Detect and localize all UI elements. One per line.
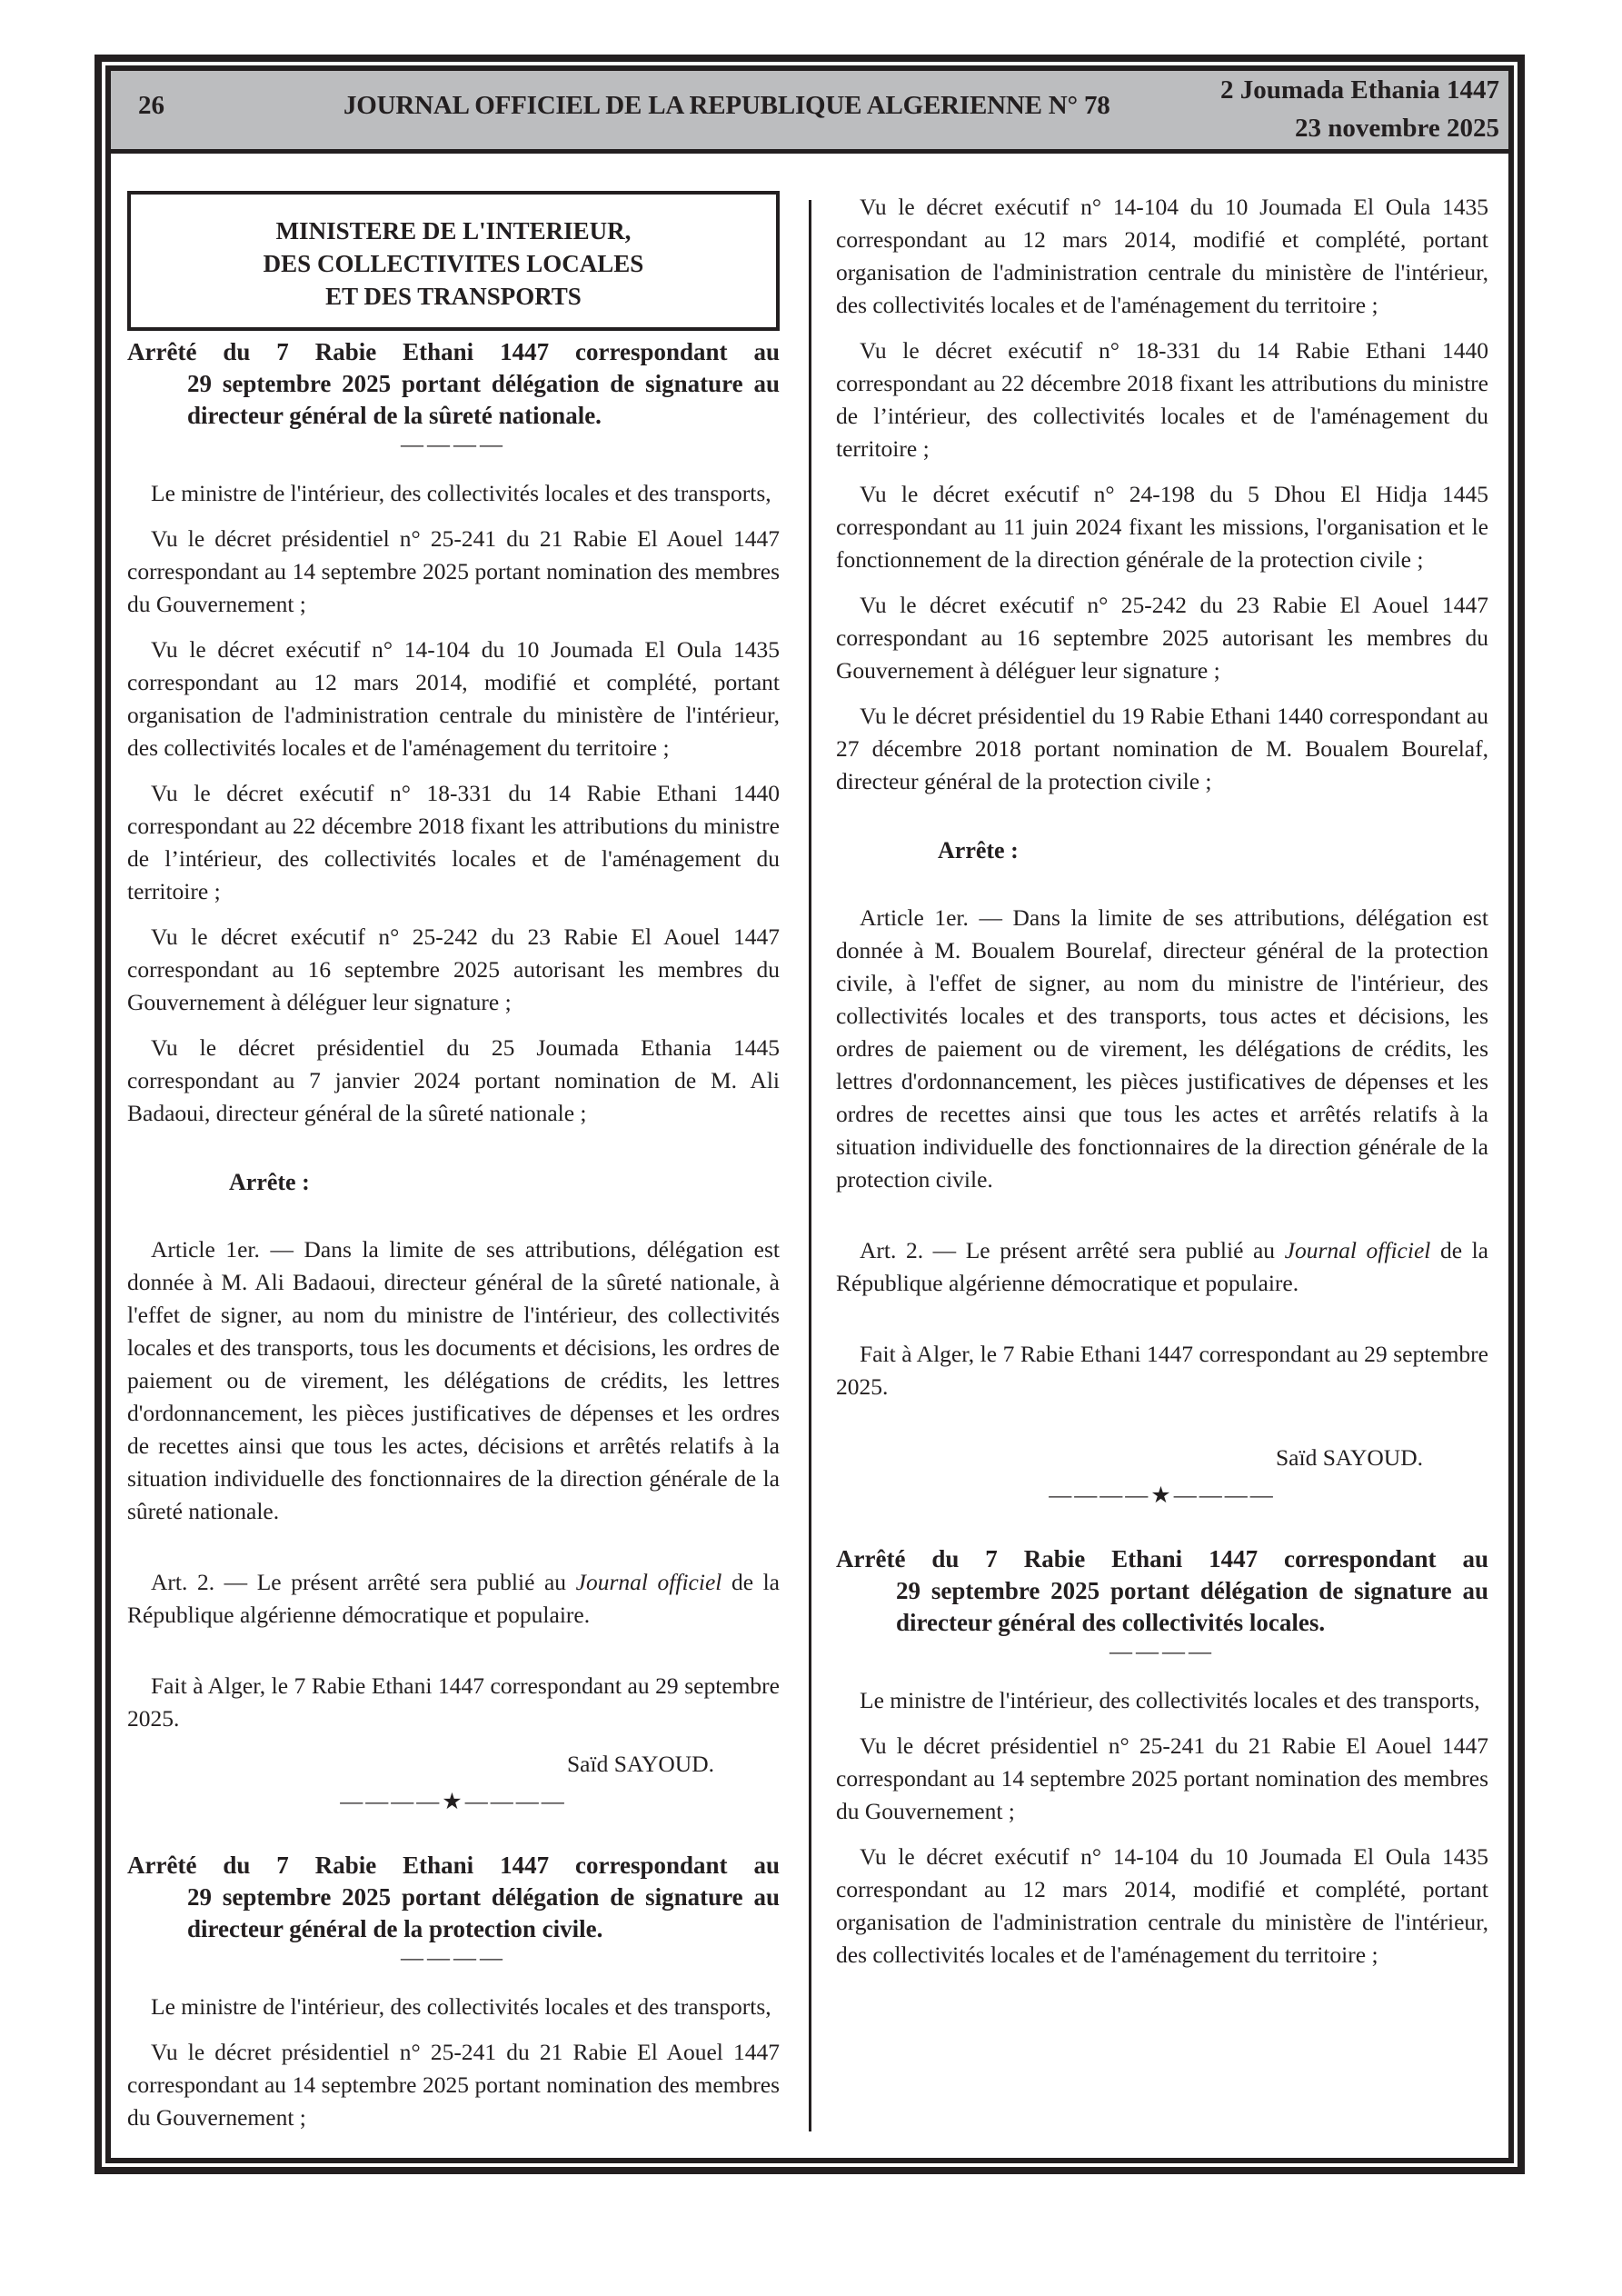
arrete-2-visa-5: Vu le décret exécutif n° 25-242 du 23 Ra… [836,589,1488,687]
column-divider [809,200,811,2131]
arrete-3-visa-2: Vu le décret exécutif n° 14-104 du 10 Jo… [836,1841,1488,1972]
gregorian-date: 23 novembre 2025 [1220,109,1499,147]
arrete-1-article-1: Article 1er. — Dans la limite de ses att… [127,1233,780,1528]
arrete-2-intro: Le ministre de l'intérieur, des collecti… [127,1991,780,2023]
arrete-2-article-1: Article 1er. — Dans la limite de ses att… [836,902,1488,1196]
arrete-2-visa-2: Vu le décret exécutif n° 14-104 du 10 Jo… [836,191,1488,322]
arrete-2-visa-6: Vu le décret présidentiel du 19 Rabie Et… [836,700,1488,798]
issue-date: 2 Joumada Ethania 1447 23 novembre 2025 [1220,71,1499,147]
page-number: 26 [138,91,164,121]
arrete-2-done-at: Fait à Alger, le 7 Rabie Ethani 1447 cor… [836,1338,1488,1403]
ministry-line-3: ET DES TRANSPORTS [140,280,767,313]
arrete-1-visa-2: Vu le décret exécutif n° 14-104 du 10 Jo… [127,634,780,764]
hijri-date: 2 Joumada Ethania 1447 [1220,71,1499,109]
title-separator: ———— [127,434,780,457]
right-column: Vu le décret exécutif n° 14-104 du 10 Jo… [836,191,1488,1984]
title-separator: ———— [127,1947,780,1971]
ministry-heading-box: MINISTERE DE L'INTERIEUR, DES COLLECTIVI… [127,191,780,331]
arrete-1-visa-4: Vu le décret exécutif n° 25-242 du 23 Ra… [127,921,780,1019]
arrete-3-intro: Le ministre de l'intérieur, des collecti… [836,1684,1488,1717]
arrete-1-visa-3: Vu le décret exécutif n° 18-331 du 14 Ra… [127,777,780,908]
star-separator: ————★———— [127,1786,780,1819]
arrete-1-title: Arrêté du 7 Rabie Ethani 1447 correspond… [127,336,780,432]
ministry-line-2: DES COLLECTIVITES LOCALES [140,247,767,280]
arrete-1-done-at: Fait à Alger, le 7 Rabie Ethani 1447 cor… [127,1670,780,1735]
arrete-2-article-2: Art. 2. — Le présent arrêté sera publié … [836,1234,1488,1300]
arrete-2-visa-1: Vu le décret présidentiel n° 25-241 du 2… [127,2036,780,2134]
star-separator: ————★———— [836,1480,1488,1512]
journal-header: 26 JOURNAL OFFICIEL DE LA REPUBLIQUE ALG… [111,71,1508,154]
arrete-2-visa-4: Vu le décret exécutif n° 24-198 du 5 Dho… [836,478,1488,576]
ministry-line-1: MINISTERE DE L'INTERIEUR, [140,215,767,247]
arrete-3-title: Arrêté du 7 Rabie Ethani 1447 correspond… [836,1543,1488,1639]
journal-title: JOURNAL OFFICIEL DE LA REPUBLIQUE ALGERI… [343,91,1110,121]
arrete-2-title: Arrêté du 7 Rabie Ethani 1447 correspond… [127,1850,780,1945]
arrete-1-decision-label: Arrête : [229,1166,780,1199]
left-column: MINISTERE DE L'INTERIEUR, DES COLLECTIVI… [127,191,780,2147]
arrete-1-article-2: Art. 2. — Le présent arrêté sera publié … [127,1566,780,1632]
arrete-1-visa-1: Vu le décret présidentiel n° 25-241 du 2… [127,523,780,621]
arrete-2-signature: Saïd SAYOUD. [836,1442,1488,1474]
arrete-1-visa-5: Vu le décret présidentiel du 25 Joumada … [127,1032,780,1130]
arrete-1-signature: Saïd SAYOUD. [127,1748,780,1781]
arrete-3-visa-1: Vu le décret présidentiel n° 25-241 du 2… [836,1730,1488,1828]
arrete-1-intro: Le ministre de l'intérieur, des collecti… [127,477,780,510]
title-separator: ———— [836,1641,1488,1664]
arrete-2-decision-label: Arrête : [938,834,1488,867]
arrete-2-visa-3: Vu le décret exécutif n° 18-331 du 14 Ra… [836,334,1488,465]
